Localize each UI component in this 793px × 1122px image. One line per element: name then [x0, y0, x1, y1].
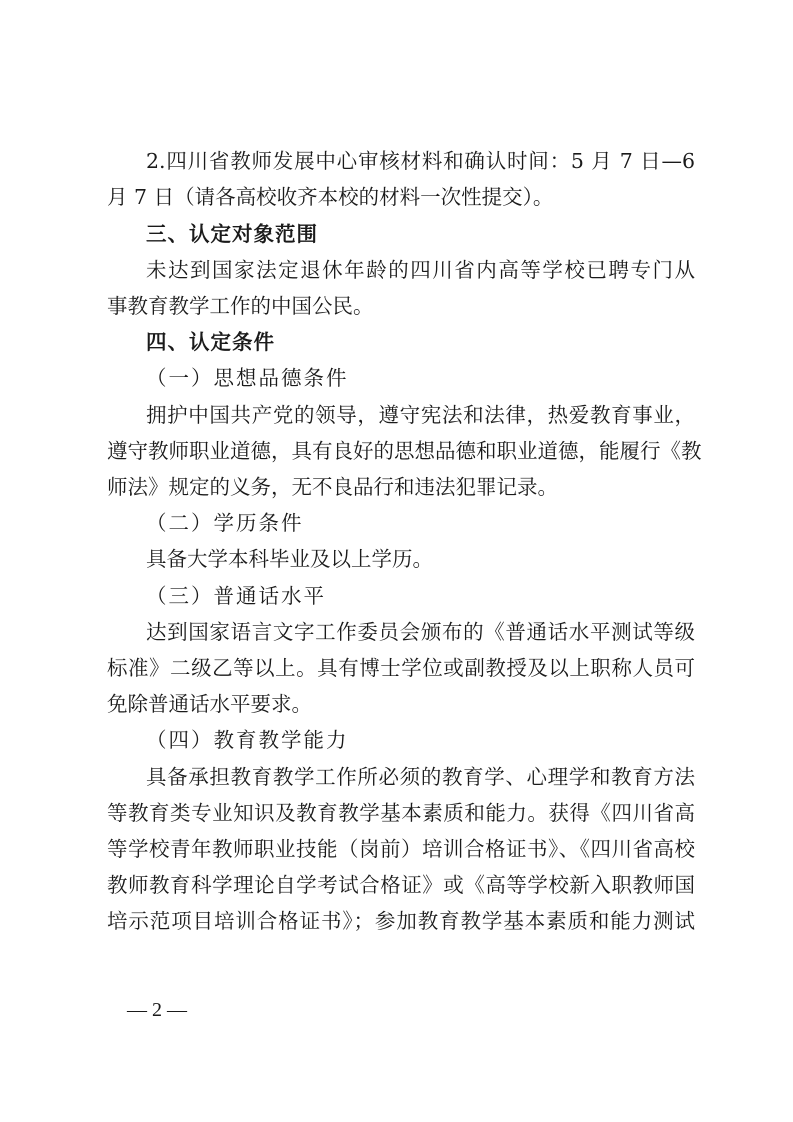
paragraph-line-4: 未达到国家法定退休年龄的四川省内高等学校已聘专门从 [146, 252, 695, 288]
paragraph-line-1: 2.四川省教师发展中心审核材料和确认时间：5 月 7 日—6 [146, 143, 695, 179]
paragraph-line-8: 拥护中国共产党的领导，遵守宪法和法律，热爱教育事业， [146, 397, 695, 433]
paragraph-line-18: 具备承担教育教学工作所必须的教育学、心理学和教育方法 [146, 759, 695, 795]
subheading-education: （二）学历条件 [146, 505, 546, 541]
paragraph-line-15: 标准》二级乙等以上。具有博士学位或副教授及以上职称人员可 [107, 650, 695, 686]
paragraph-line-12: 具备大学本科毕业及以上学历。 [146, 541, 695, 577]
subheading-mandarin: （三）普通话水平 [146, 578, 546, 614]
page-number: — 2 — [127, 999, 187, 1022]
paragraph-line-14: 达到国家语言文字工作委员会颁布的《普通话水平测试等级 [146, 614, 695, 650]
paragraph-line-21: 教师教育科学理论自学考试合格证》或《高等学校新入职教师国 [107, 867, 695, 903]
section-heading-scope: 三、认定对象范围 [146, 216, 734, 252]
subheading-teaching-ability: （四）教育教学能力 [146, 722, 546, 758]
paragraph-line-20: 等学校青年教师职业技能（岗前）培训合格证书》、《四川省高校 [107, 831, 695, 867]
section-heading-conditions: 四、认定条件 [146, 324, 734, 360]
paragraph-line-19: 等教育类专业知识及教育教学基本素质和能力。获得《四川省高 [107, 795, 695, 831]
document-page: 2.四川省教师发展中心审核材料和确认时间：5 月 7 日—6 月 7 日（请各高… [0, 0, 793, 1122]
paragraph-line-2: 月 7 日（请各高校收齐本校的材料一次性提交）。 [107, 179, 695, 215]
paragraph-line-10: 师法》规定的义务，无不良品行和违法犯罪记录。 [107, 469, 695, 505]
subheading-moral: （一）思想品德条件 [146, 360, 546, 396]
paragraph-line-16: 免除普通话水平要求。 [107, 686, 695, 722]
paragraph-line-5: 事教育教学工作的中国公民。 [107, 288, 695, 324]
paragraph-line-9: 遵守教师职业道德，具有良好的思想品德和职业道德，能履行《教 [107, 433, 695, 469]
paragraph-line-22: 培示范项目培训合格证书》；参加教育教学基本素质和能力测试 [107, 903, 695, 939]
